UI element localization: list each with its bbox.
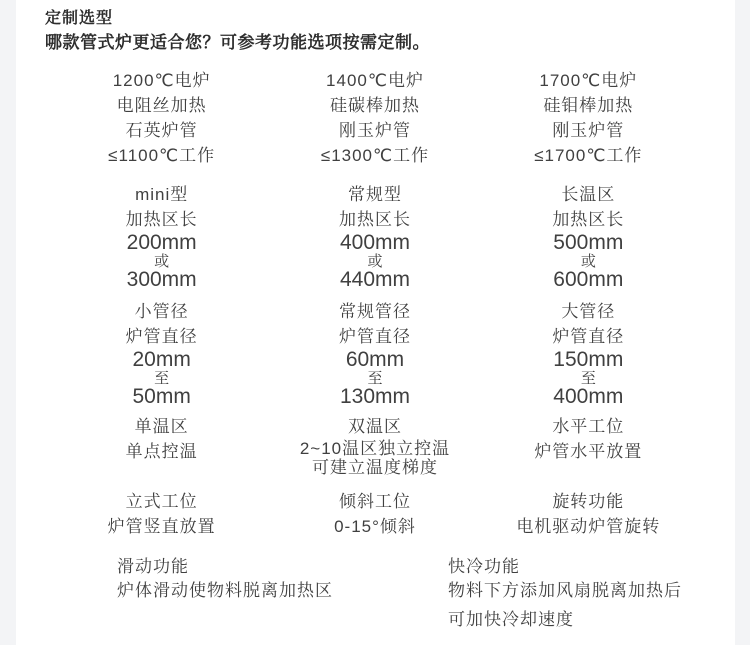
option-cell-small-diameter: 小管径 炉管直径 20mm 至 50mm (55, 299, 268, 408)
option-title: 长温区 (482, 182, 695, 207)
option-line: 炉管直径 (482, 324, 695, 349)
option-title: 立式工位 (55, 489, 268, 514)
option-line: 炉管直径 (268, 324, 481, 349)
option-title: 1400℃电炉 (268, 68, 481, 93)
option-conjunction: 或 (268, 254, 481, 269)
option-cell-standard-diameter: 常规管径 炉管直径 60mm 至 130mm (268, 299, 481, 408)
option-line: 加热区长 (482, 207, 695, 232)
page-content: 定制选型 哪款管式炉更适合您？可参考功能选项按需定制。 1200℃电炉 电阻丝加… (17, 0, 735, 635)
option-value: 400mm (268, 232, 481, 254)
page-title: 定制选型 (45, 7, 735, 31)
option-line: ≤1100℃工作 (55, 143, 268, 168)
option-line: 电机驱动炉管旋转 (482, 514, 695, 539)
option-value: 300mm (55, 269, 268, 291)
option-title: 快冷功能 (448, 555, 682, 579)
page-header: 定制选型 哪款管式炉更适合您？可参考功能选项按需定制。 (17, 0, 735, 55)
option-conjunction: 至 (55, 371, 268, 386)
option-value: 60mm (268, 349, 481, 371)
option-cell-mini: mini型 加热区长 200mm 或 300mm (55, 182, 268, 291)
product-options-page: { "colors": { "background": "#ffffff", "… (0, 0, 750, 645)
option-row-furnace-type: 1200℃电炉 电阻丝加热 石英炉管 ≤1100℃工作 1400℃电炉 硅碳棒加… (55, 68, 695, 168)
option-title: 旋转功能 (482, 489, 695, 514)
option-line: 可加快冷却速度 (448, 608, 682, 632)
option-value: 20mm (55, 349, 268, 371)
option-value: 600mm (482, 269, 695, 291)
option-cell-dual-zone: 双温区 2~10温区独立控温 可建立温度梯度 (268, 414, 481, 477)
option-cell-vertical: 立式工位 炉管竖直放置 (55, 489, 268, 539)
option-cell-1200c: 1200℃电炉 电阻丝加热 石英炉管 ≤1100℃工作 (55, 68, 268, 168)
option-cell-sliding: 滑动功能 炉体滑动使物料脱离加热区 (117, 555, 333, 603)
option-line: 物料下方添加风扇脱离加热后 (448, 579, 682, 603)
option-conjunction: 或 (482, 254, 695, 269)
page-margin-left (0, 0, 16, 645)
option-line: ≤1700℃工作 (482, 143, 695, 168)
option-value: 150mm (482, 349, 695, 371)
option-title: 大管径 (482, 299, 695, 324)
option-title: 常规管径 (268, 299, 481, 324)
option-title: 水平工位 (482, 414, 695, 439)
option-cell-1700c: 1700℃电炉 硅钼棒加热 刚玉炉管 ≤1700℃工作 (482, 68, 695, 168)
option-line: 2~10温区独立控温 (268, 439, 481, 458)
option-value: 500mm (482, 232, 695, 254)
option-value: 130mm (268, 386, 481, 408)
option-value: 200mm (55, 232, 268, 254)
option-cell-1400c: 1400℃电炉 硅碳棒加热 刚玉炉管 ≤1300℃工作 (268, 68, 481, 168)
option-value: 440mm (268, 269, 481, 291)
option-line: 硅钼棒加热 (482, 93, 695, 118)
option-line: 炉管水平放置 (482, 439, 695, 464)
option-conjunction: 至 (482, 371, 695, 386)
option-line: 硅碳棒加热 (268, 93, 481, 118)
option-conjunction: 至 (268, 371, 481, 386)
option-row-tube-diameter: 小管径 炉管直径 20mm 至 50mm 常规管径 炉管直径 60mm 至 13… (55, 299, 695, 408)
option-line: 加热区长 (55, 207, 268, 232)
option-row-temp-zones: 单温区 单点控温 双温区 2~10温区独立控温 可建立温度梯度 水平工位 炉管水… (55, 414, 695, 477)
option-cell-single-zone: 单温区 单点控温 (55, 414, 268, 477)
option-cell-horizontal: 水平工位 炉管水平放置 (482, 414, 695, 477)
option-cell-large-diameter: 大管径 炉管直径 150mm 至 400mm (482, 299, 695, 408)
option-line: 炉体滑动使物料脱离加热区 (117, 579, 333, 603)
option-title: 1200℃电炉 (55, 68, 268, 93)
option-line: 炉管直径 (55, 324, 268, 349)
page-margin-right (735, 0, 750, 645)
option-cell-standard: 常规型 加热区长 400mm 或 440mm (268, 182, 481, 291)
option-cell-tilted: 倾斜工位 0-15°倾斜 (268, 489, 481, 539)
option-row-zone-length: mini型 加热区长 200mm 或 300mm 常规型 加热区长 400mm … (55, 182, 695, 291)
option-line: 可建立温度梯度 (268, 458, 481, 477)
option-line: 炉管竖直放置 (55, 514, 268, 539)
option-cell-long-zone: 长温区 加热区长 500mm 或 600mm (482, 182, 695, 291)
option-line: 石英炉管 (55, 118, 268, 143)
option-line: 刚玉炉管 (482, 118, 695, 143)
option-title: 小管径 (55, 299, 268, 324)
page-subtitle: 哪款管式炉更适合您？可参考功能选项按需定制。 (45, 31, 735, 55)
option-line: 单点控温 (55, 439, 268, 464)
option-title: 单温区 (55, 414, 268, 439)
option-title: 双温区 (268, 414, 481, 439)
option-conjunction: 或 (55, 254, 268, 269)
option-line: ≤1300℃工作 (268, 143, 481, 168)
option-row-orientation: 立式工位 炉管竖直放置 倾斜工位 0-15°倾斜 旋转功能 电机驱动炉管旋转 (55, 489, 695, 539)
option-line: 加热区长 (268, 207, 481, 232)
option-title: mini型 (55, 182, 268, 207)
option-title: 1700℃电炉 (482, 68, 695, 93)
option-value: 50mm (55, 386, 268, 408)
option-cell-rotation: 旋转功能 电机驱动炉管旋转 (482, 489, 695, 539)
option-line: 0-15°倾斜 (268, 514, 481, 539)
option-row-extra-functions: 滑动功能 炉体滑动使物料脱离加热区 快冷功能 物料下方添加风扇脱离加热后 可加快… (17, 555, 735, 635)
option-title: 滑动功能 (117, 555, 333, 579)
option-line: 电阻丝加热 (55, 93, 268, 118)
option-title: 常规型 (268, 182, 481, 207)
option-title: 倾斜工位 (268, 489, 481, 514)
option-cell-rapid-cooling: 快冷功能 物料下方添加风扇脱离加热后 可加快冷却速度 (448, 555, 682, 632)
option-value: 400mm (482, 386, 695, 408)
option-line: 刚玉炉管 (268, 118, 481, 143)
